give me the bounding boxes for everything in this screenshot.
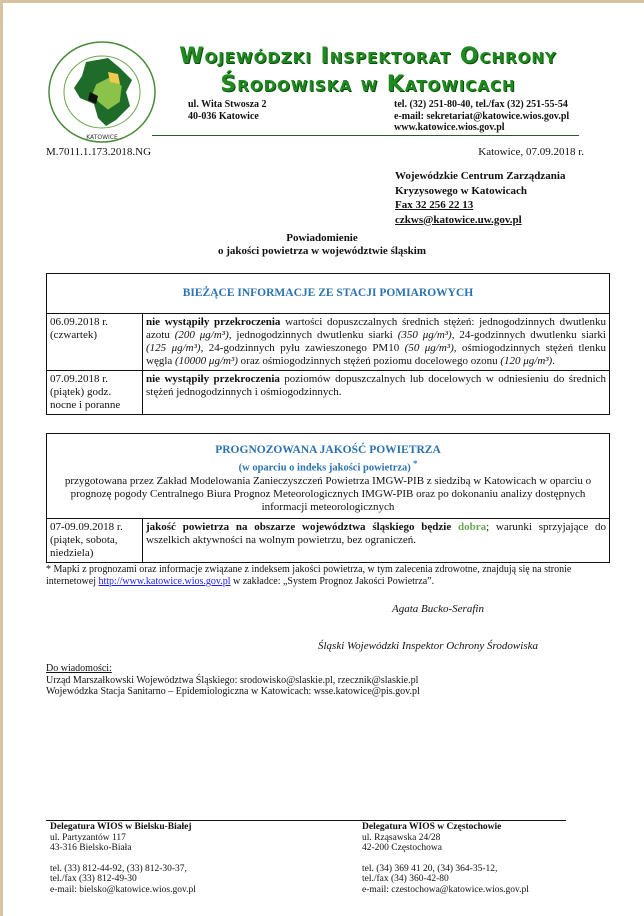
- desc-part: oraz ośmiogodzinnych stężeń poziomu doce…: [238, 355, 500, 367]
- delegation-street: ul. Rząsawska 24/28: [362, 833, 529, 844]
- desc-part: , 24-godzinnych pyłu zawieszonego PM10: [201, 342, 405, 354]
- date-text: 07.09.2018 r.: [50, 373, 139, 386]
- limit-value: (10000 μg/m³): [175, 355, 238, 367]
- limit-value: (350 μg/m³): [398, 329, 452, 341]
- forecast-subheading: (w oparciu o indeks jakości powietrza) *: [53, 457, 603, 475]
- row-date: 06.09.2018 r. (czwartek): [47, 314, 143, 371]
- org-email[interactable]: e-mail: sekretariat@katowice.wios.gov.pl: [394, 111, 569, 123]
- delegation-email[interactable]: e-mail: czestochowa@katowice.wios.gov.pl: [362, 885, 529, 896]
- limit-value: (125 μg/m³): [146, 342, 201, 354]
- limit-value: (200 μg/m³): [175, 329, 229, 341]
- subject: Powiadomienie o jakości powietrza w woje…: [0, 232, 644, 258]
- org-title-line1: Wojewódzki Inspektorat Ochrony: [158, 44, 578, 69]
- org-phone: tel. (32) 251-80-40, tel./fax (32) 251-5…: [394, 99, 569, 111]
- forecast-description: przygotowana przez Zakład Modelowania Za…: [53, 475, 603, 514]
- table-row: 06.09.2018 r. (czwartek) nie wystąpiły p…: [47, 314, 610, 371]
- status-bold: nie wystąpiły przekroczenia: [146, 316, 280, 328]
- footer-divider: [46, 820, 566, 821]
- status-bold: nie wystąpiły przekroczenia: [146, 373, 280, 385]
- cc-line: Urząd Marszałkowski Województwa Śląskieg…: [46, 675, 420, 687]
- recipient-line2: Kryzysowego w Katowicach: [395, 184, 565, 199]
- delegation-fax: tel./fax (34) 360-42-80: [362, 874, 529, 885]
- header-divider: [152, 135, 579, 136]
- delegation-name: Delegatura WIOS w Bielsku-Białej: [50, 822, 196, 833]
- delegation-street: ul. Partyzantów 117: [50, 833, 196, 844]
- delegation-email[interactable]: e-mail: bielsko@katowice.wios.gov.pl: [50, 885, 196, 896]
- recipient-fax: Fax 32 256 22 13: [395, 198, 565, 213]
- recipient-line1: Wojewódzkie Centrum Zarządzania: [395, 169, 565, 184]
- delegation-phone: tel. (34) 369 41 20, (34) 364-35-12,: [362, 864, 529, 875]
- subject-line2: o jakości powietrza w województwie śląsk…: [0, 245, 644, 258]
- footnote-text: w zakładce: „System Prognoz Jakości Powi…: [231, 576, 435, 587]
- org-website[interactable]: www.katowice.wios.gov.pl: [394, 122, 569, 134]
- cc-block: Do wiadomości: Urząd Marszałkowski Wojew…: [46, 663, 420, 698]
- org-contact: tel. (32) 251-80-40, tel./fax (32) 251-5…: [394, 99, 569, 134]
- row-date: 07.09.2018 r. (piątek) godz. nocne i por…: [47, 371, 143, 415]
- delegation-phone: tel. (33) 812-44-92, (33) 812-30-37,: [50, 864, 196, 875]
- recipient-block: Wojewódzkie Centrum Zarządzania Kryzysow…: [395, 169, 565, 227]
- day-text: (czwartek): [50, 329, 139, 342]
- delegation-city: 42-200 Częstochowa: [362, 843, 529, 854]
- day-text: (piątek) godz. nocne i poranne: [50, 386, 139, 412]
- desc-part: , 24-godzinnych dwutlenku siarki: [452, 329, 606, 341]
- footnote: * Mapki z prognozami oraz informacje zwi…: [46, 564, 612, 588]
- org-address: ul. Wita Stwosza 2 40-036 Katowice: [188, 99, 267, 122]
- desc-part: , jednogodzinnych dwutlenku siarki: [229, 329, 398, 341]
- row-description: nie wystąpiły przekroczenia poziomów dop…: [143, 371, 610, 415]
- place-date: Katowice, 07.09.2018 r.: [478, 146, 584, 158]
- forecast-table: PROGNOZOWANA JAKOŚĆ POWIETRZA (w oparciu…: [46, 433, 610, 563]
- recipient-email[interactable]: czkws@katowice.uw.gov.pl: [395, 213, 565, 228]
- row-description: nie wystąpiły przekroczenia wartości dop…: [143, 314, 610, 371]
- date-text: 07-09.09.2018 r.: [50, 521, 139, 534]
- signer-title: Śląski Wojewódzki Inspektor Ochrony Środ…: [318, 640, 538, 652]
- org-street: ul. Wita Stwosza 2: [188, 99, 267, 111]
- current-info-heading: BIEŻĄCE INFORMACJE ZE STACJI POMIAROWYCH: [47, 274, 610, 314]
- date-text: 06.09.2018 r.: [50, 316, 139, 329]
- website-link[interactable]: http://www.katowice.wios.gov.pl: [98, 576, 230, 587]
- day-text: (piątek, sobota, niedziela): [50, 534, 139, 560]
- svg-text:KATOWICE: KATOWICE: [86, 134, 118, 141]
- footnote-marker: *: [411, 458, 418, 468]
- table-row: 07.09.2018 r. (piątek) godz. nocne i por…: [47, 371, 610, 415]
- reference-number: M.7011.1.173.2018.NG: [46, 146, 151, 158]
- org-city: 40-036 Katowice: [188, 111, 267, 123]
- signer-name: Agata Bucko-Serafin: [392, 603, 484, 615]
- status-bold: jakość powietrza na obszarze województwa…: [146, 521, 451, 533]
- forecast-heading: PROGNOZOWANA JAKOŚĆ POWIETRZA: [53, 444, 603, 457]
- delegation-city: 43-316 Bielsko-Biała: [50, 843, 196, 854]
- delegation-czestochowa: Delegatura WIOS w Częstochowie ul. Rząsa…: [362, 822, 529, 895]
- row-description: jakość powietrza na obszarze województwa…: [143, 518, 610, 562]
- limit-value: (120 μg/m³): [500, 355, 552, 367]
- delegation-bielsko: Delegatura WIOS w Bielsku-Białej ul. Par…: [50, 822, 196, 895]
- forecast-header: PROGNOZOWANA JAKOŚĆ POWIETRZA (w oparciu…: [47, 434, 610, 519]
- cc-label: Do wiadomości:: [46, 663, 420, 675]
- current-info-table: BIEŻĄCE INFORMACJE ZE STACJI POMIAROWYCH…: [46, 273, 610, 415]
- org-title-line2: Środowiska w Katowicach: [158, 72, 578, 97]
- subject-line1: Powiadomienie: [0, 232, 644, 245]
- delegation-fax: tel./fax (33) 812-49-30: [50, 874, 196, 885]
- quality-badge: dobra: [458, 521, 486, 533]
- wios-logo: KATOWICE: [46, 40, 158, 144]
- forecast-subheading-text: (w oparciu o indeks jakości powietrza): [239, 463, 411, 474]
- delegation-name: Delegatura WIOS w Częstochowie: [362, 822, 529, 833]
- desc-part: .: [552, 355, 555, 367]
- cc-line: Wojewódzka Stacja Sanitarno – Epidemiolo…: [46, 686, 420, 698]
- row-date: 07-09.09.2018 r. (piątek, sobota, niedzi…: [47, 518, 143, 562]
- limit-value: (50 μg/m³): [405, 342, 454, 354]
- table-row: 07-09.09.2018 r. (piątek, sobota, niedzi…: [47, 518, 610, 562]
